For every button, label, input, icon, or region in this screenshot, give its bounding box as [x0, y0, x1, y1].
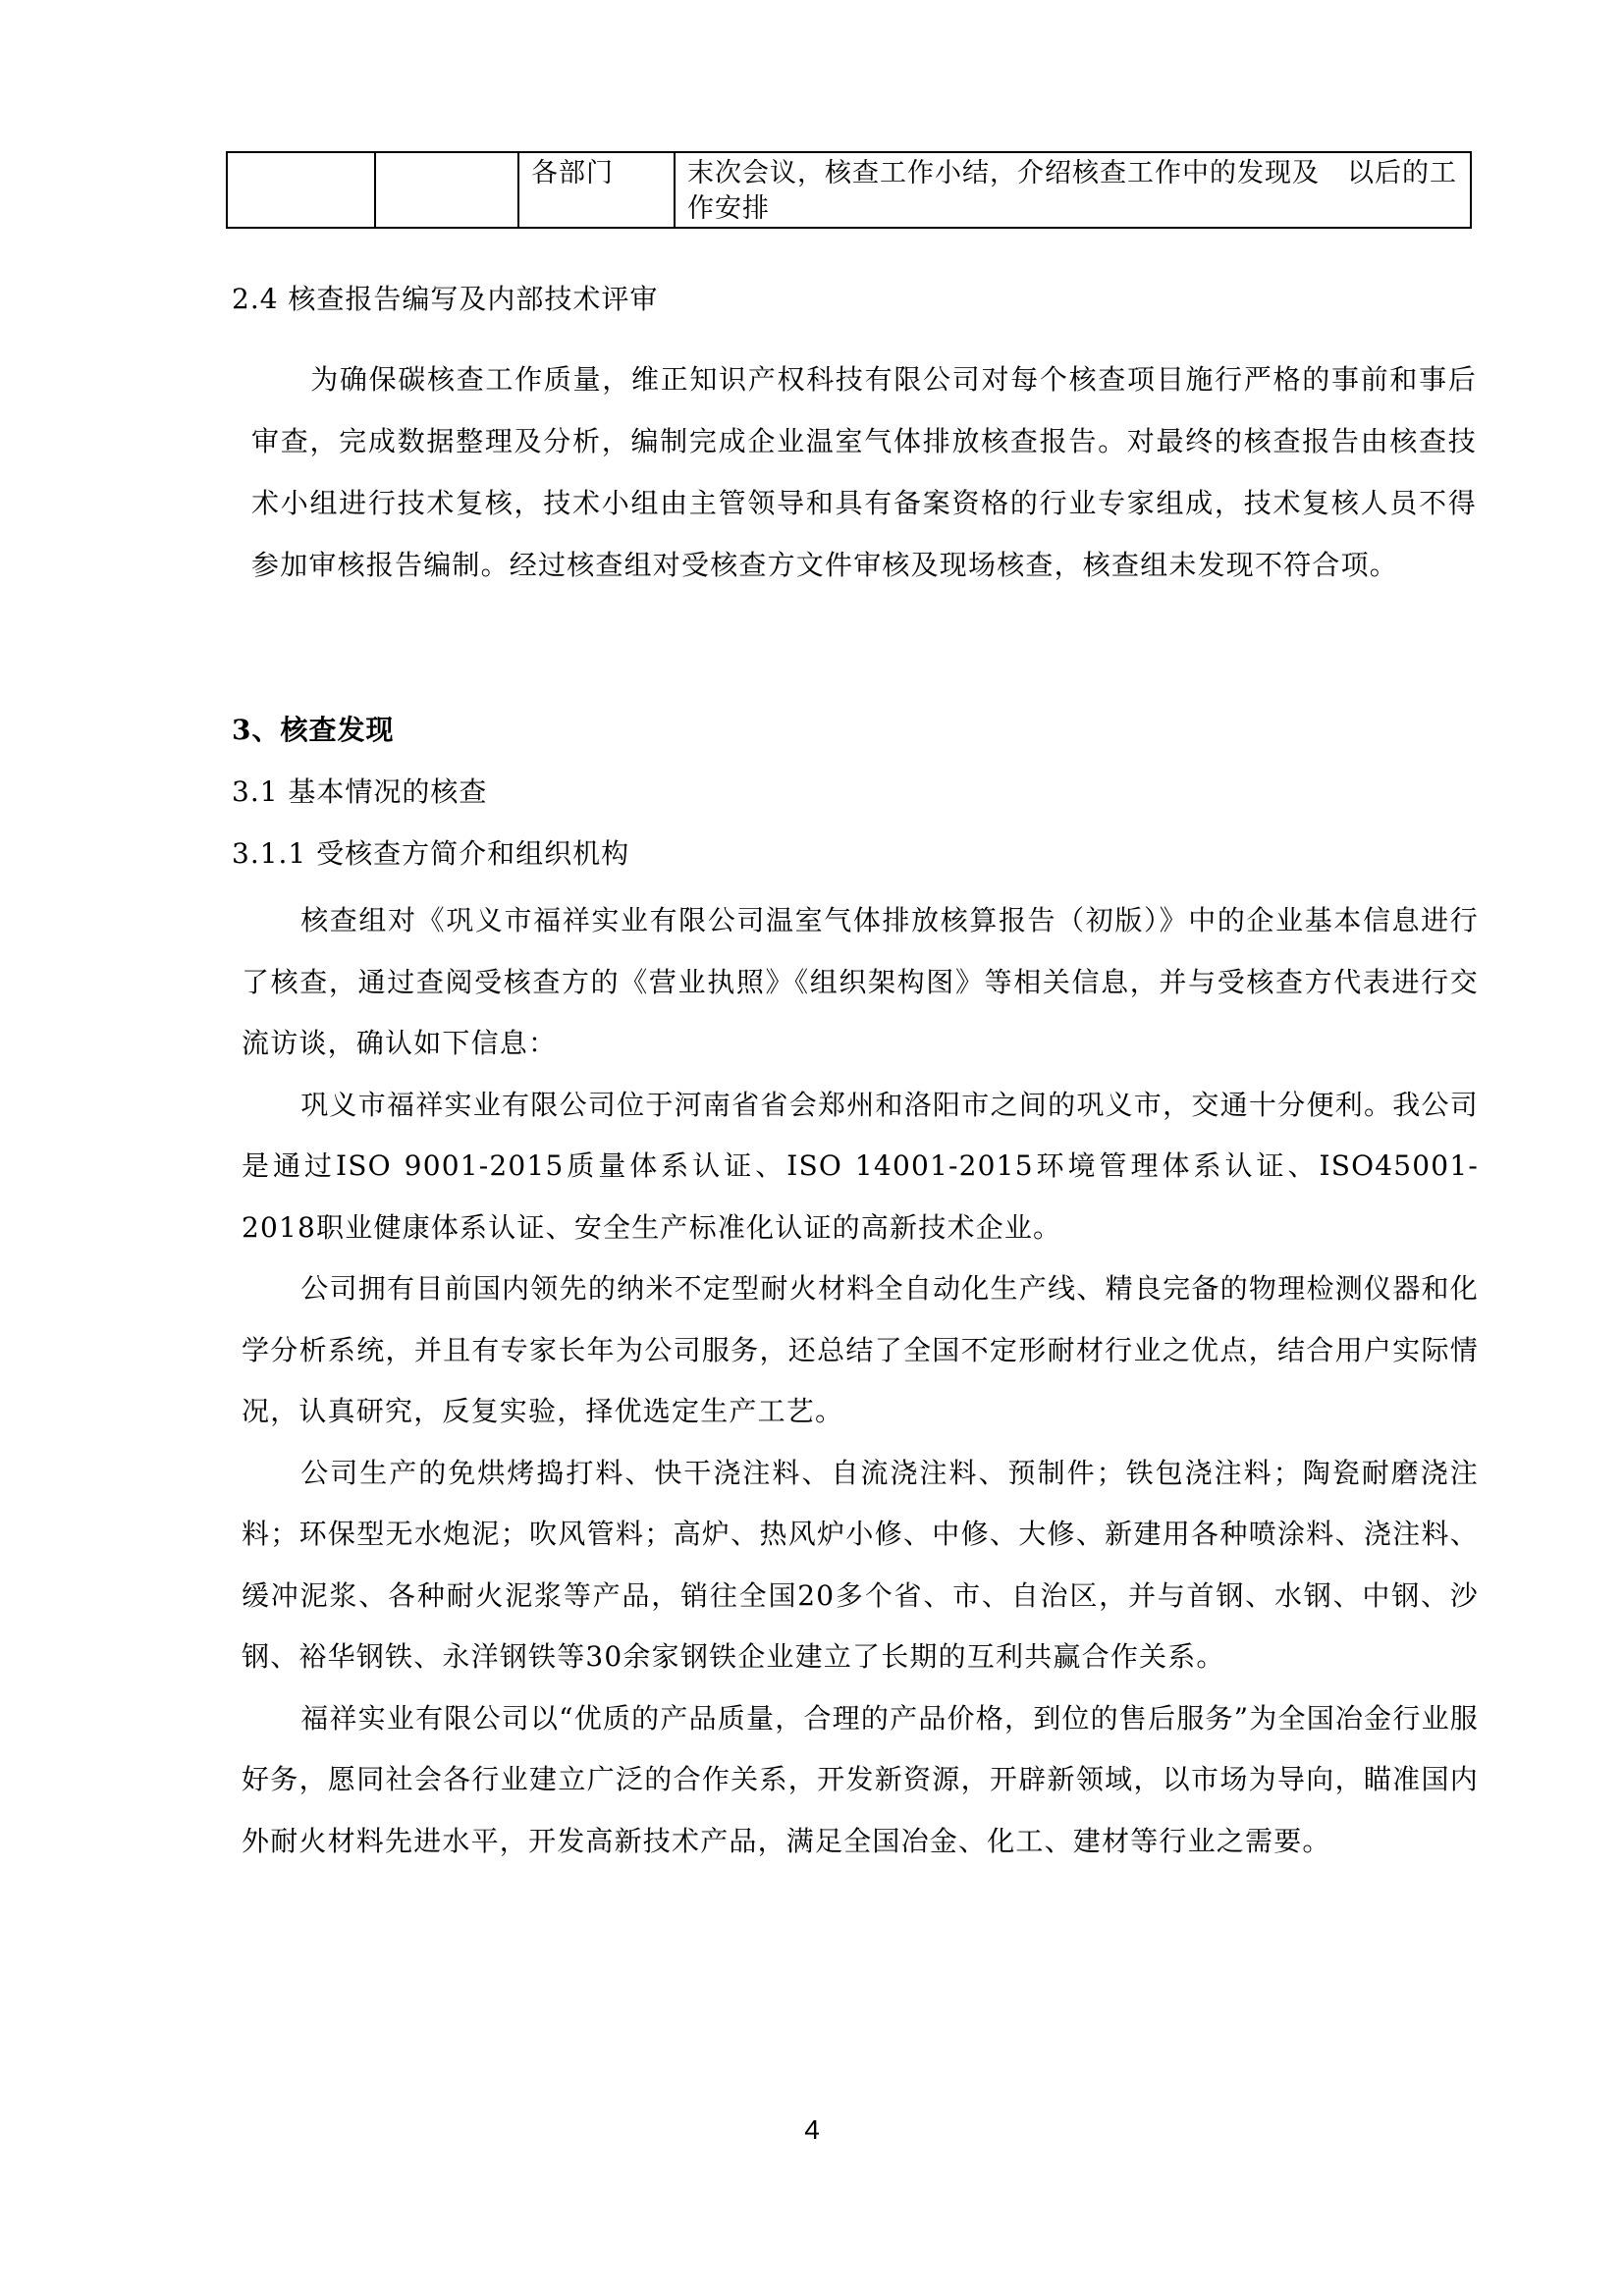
- paragraph-verification-intro: 核查组对《巩义市福祥实业有限公司温室气体排放核算报告（初版）》中的企业基本信息进…: [242, 890, 1479, 1075]
- paragraph: 为确保碳核查工作质量，维正知识产权科技有限公司对每个核查项目施行严格的事前和事后…: [251, 348, 1477, 596]
- section-3-heading: 3、核查发现: [232, 711, 394, 750]
- table-cell-date: [227, 152, 375, 228]
- document-page: 各部门 末次会议，核查工作小结，介绍核查工作中的发现及 以后的工作安排 2.4 …: [0, 0, 1624, 2296]
- paragraph-company-location: 巩义市福祥实业有限公司位于河南省省会郑州和洛阳市之间的巩义市，交通十分便利。我公…: [242, 1075, 1479, 1259]
- table-cell-participants: 各部门: [518, 152, 675, 228]
- section-2-4-body: 为确保碳核查工作质量，维正知识产权科技有限公司对每个核查项目施行严格的事前和事后…: [251, 348, 1477, 596]
- page-number: 4: [0, 2113, 1624, 2147]
- table-cell-content: 末次会议，核查工作小结，介绍核查工作中的发现及 以后的工作安排: [675, 152, 1471, 228]
- section-3-1-1-body: 核查组对《巩义市福祥实业有限公司温室气体排放核算报告（初版）》中的企业基本信息进…: [242, 890, 1479, 1872]
- table-cell-time: [375, 152, 518, 228]
- section-3-1-heading: 3.1 基本情况的核查: [232, 773, 487, 812]
- paragraph-products: 公司生产的免烘烤捣打料、快干浇注料、自流浇注料、预制件；铁包浇注料；陶瓷耐磨浇注…: [242, 1443, 1479, 1688]
- table-row: 各部门 末次会议，核查工作小结，介绍核查工作中的发现及 以后的工作安排: [227, 152, 1471, 228]
- section-2-4-heading: 2.4 核查报告编写及内部技术评审: [232, 280, 658, 319]
- paragraph-service-philosophy: 福祥实业有限公司以“优质的产品质量，合理的产品价格，到位的售后服务”为全国冶金行…: [242, 1688, 1479, 1873]
- schedule-table-fragment: 各部门 末次会议，核查工作小结，介绍核查工作中的发现及 以后的工作安排: [226, 151, 1472, 229]
- section-3-1-1-heading: 3.1.1 受核查方简介和组织机构: [232, 834, 629, 874]
- paragraph-production-line: 公司拥有目前国内领先的纳米不定型耐火材料全自动化生产线、精良完备的物理检测仪器和…: [242, 1258, 1479, 1443]
